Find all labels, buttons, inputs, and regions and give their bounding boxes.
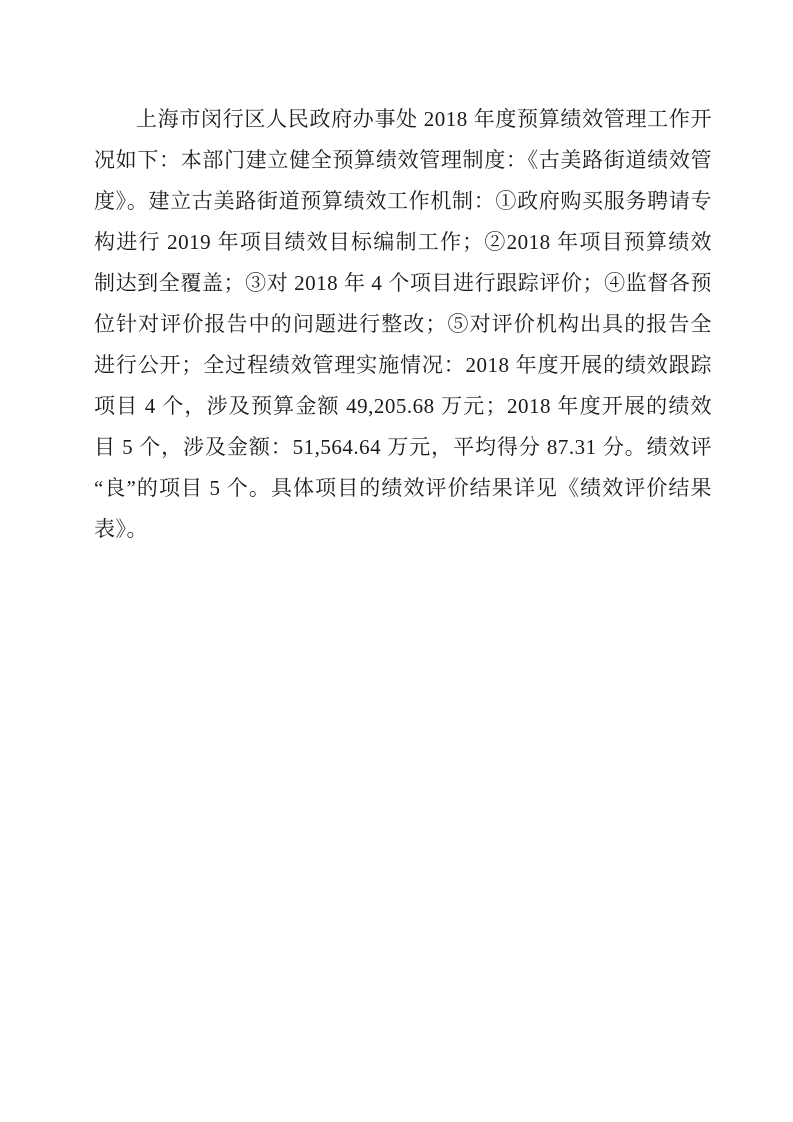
paragraph-line-4: 构进行 2019 年项目绩效目标编制工作；②2018 年项目预算绩效目标编: [94, 222, 712, 263]
body-paragraph: 上海市闵行区人民政府办事处 2018 年度预算绩效管理工作开展情 况如下：本部门…: [94, 99, 712, 550]
paragraph-line-3: 度》。建立古美路街道预算绩效工作机制：①政府购买服务聘请专业机: [94, 181, 712, 222]
paragraph-line-5: 制达到全覆盖；③对 2018 年 4 个项目进行跟踪评价；④监督各预算单: [94, 263, 712, 304]
paragraph-line-11: 表》。: [94, 509, 712, 550]
paragraph-line-2: 况如下：本部门建立健全预算绩效管理制度：《古美路街道绩效管理制: [94, 140, 712, 181]
paragraph-line-1: 上海市闵行区人民政府办事处 2018 年度预算绩效管理工作开展情: [94, 99, 712, 140]
paragraph-line-6: 位针对评价报告中的问题进行整改；⑤对评价机构出具的报告全部对外: [94, 304, 712, 345]
paragraph-line-8: 项目 4 个，涉及预算金额 49,205.68 万元；2018 年度开展的绩效评…: [94, 386, 712, 427]
paragraph-line-10: “良”的项目 5 个。具体项目的绩效评价结果详见《绩效评价结果信息: [94, 468, 712, 509]
paragraph-line-9: 目 5 个，涉及金额：51,564.64 万元，平均得分 87.31 分。绩效评…: [94, 427, 712, 468]
document-page: 上海市闵行区人民政府办事处 2018 年度预算绩效管理工作开展情 况如下：本部门…: [0, 0, 793, 1122]
paragraph-line-7: 进行公开；全过程绩效管理实施情况：2018 年度开展的绩效跟踪评价: [94, 345, 712, 386]
